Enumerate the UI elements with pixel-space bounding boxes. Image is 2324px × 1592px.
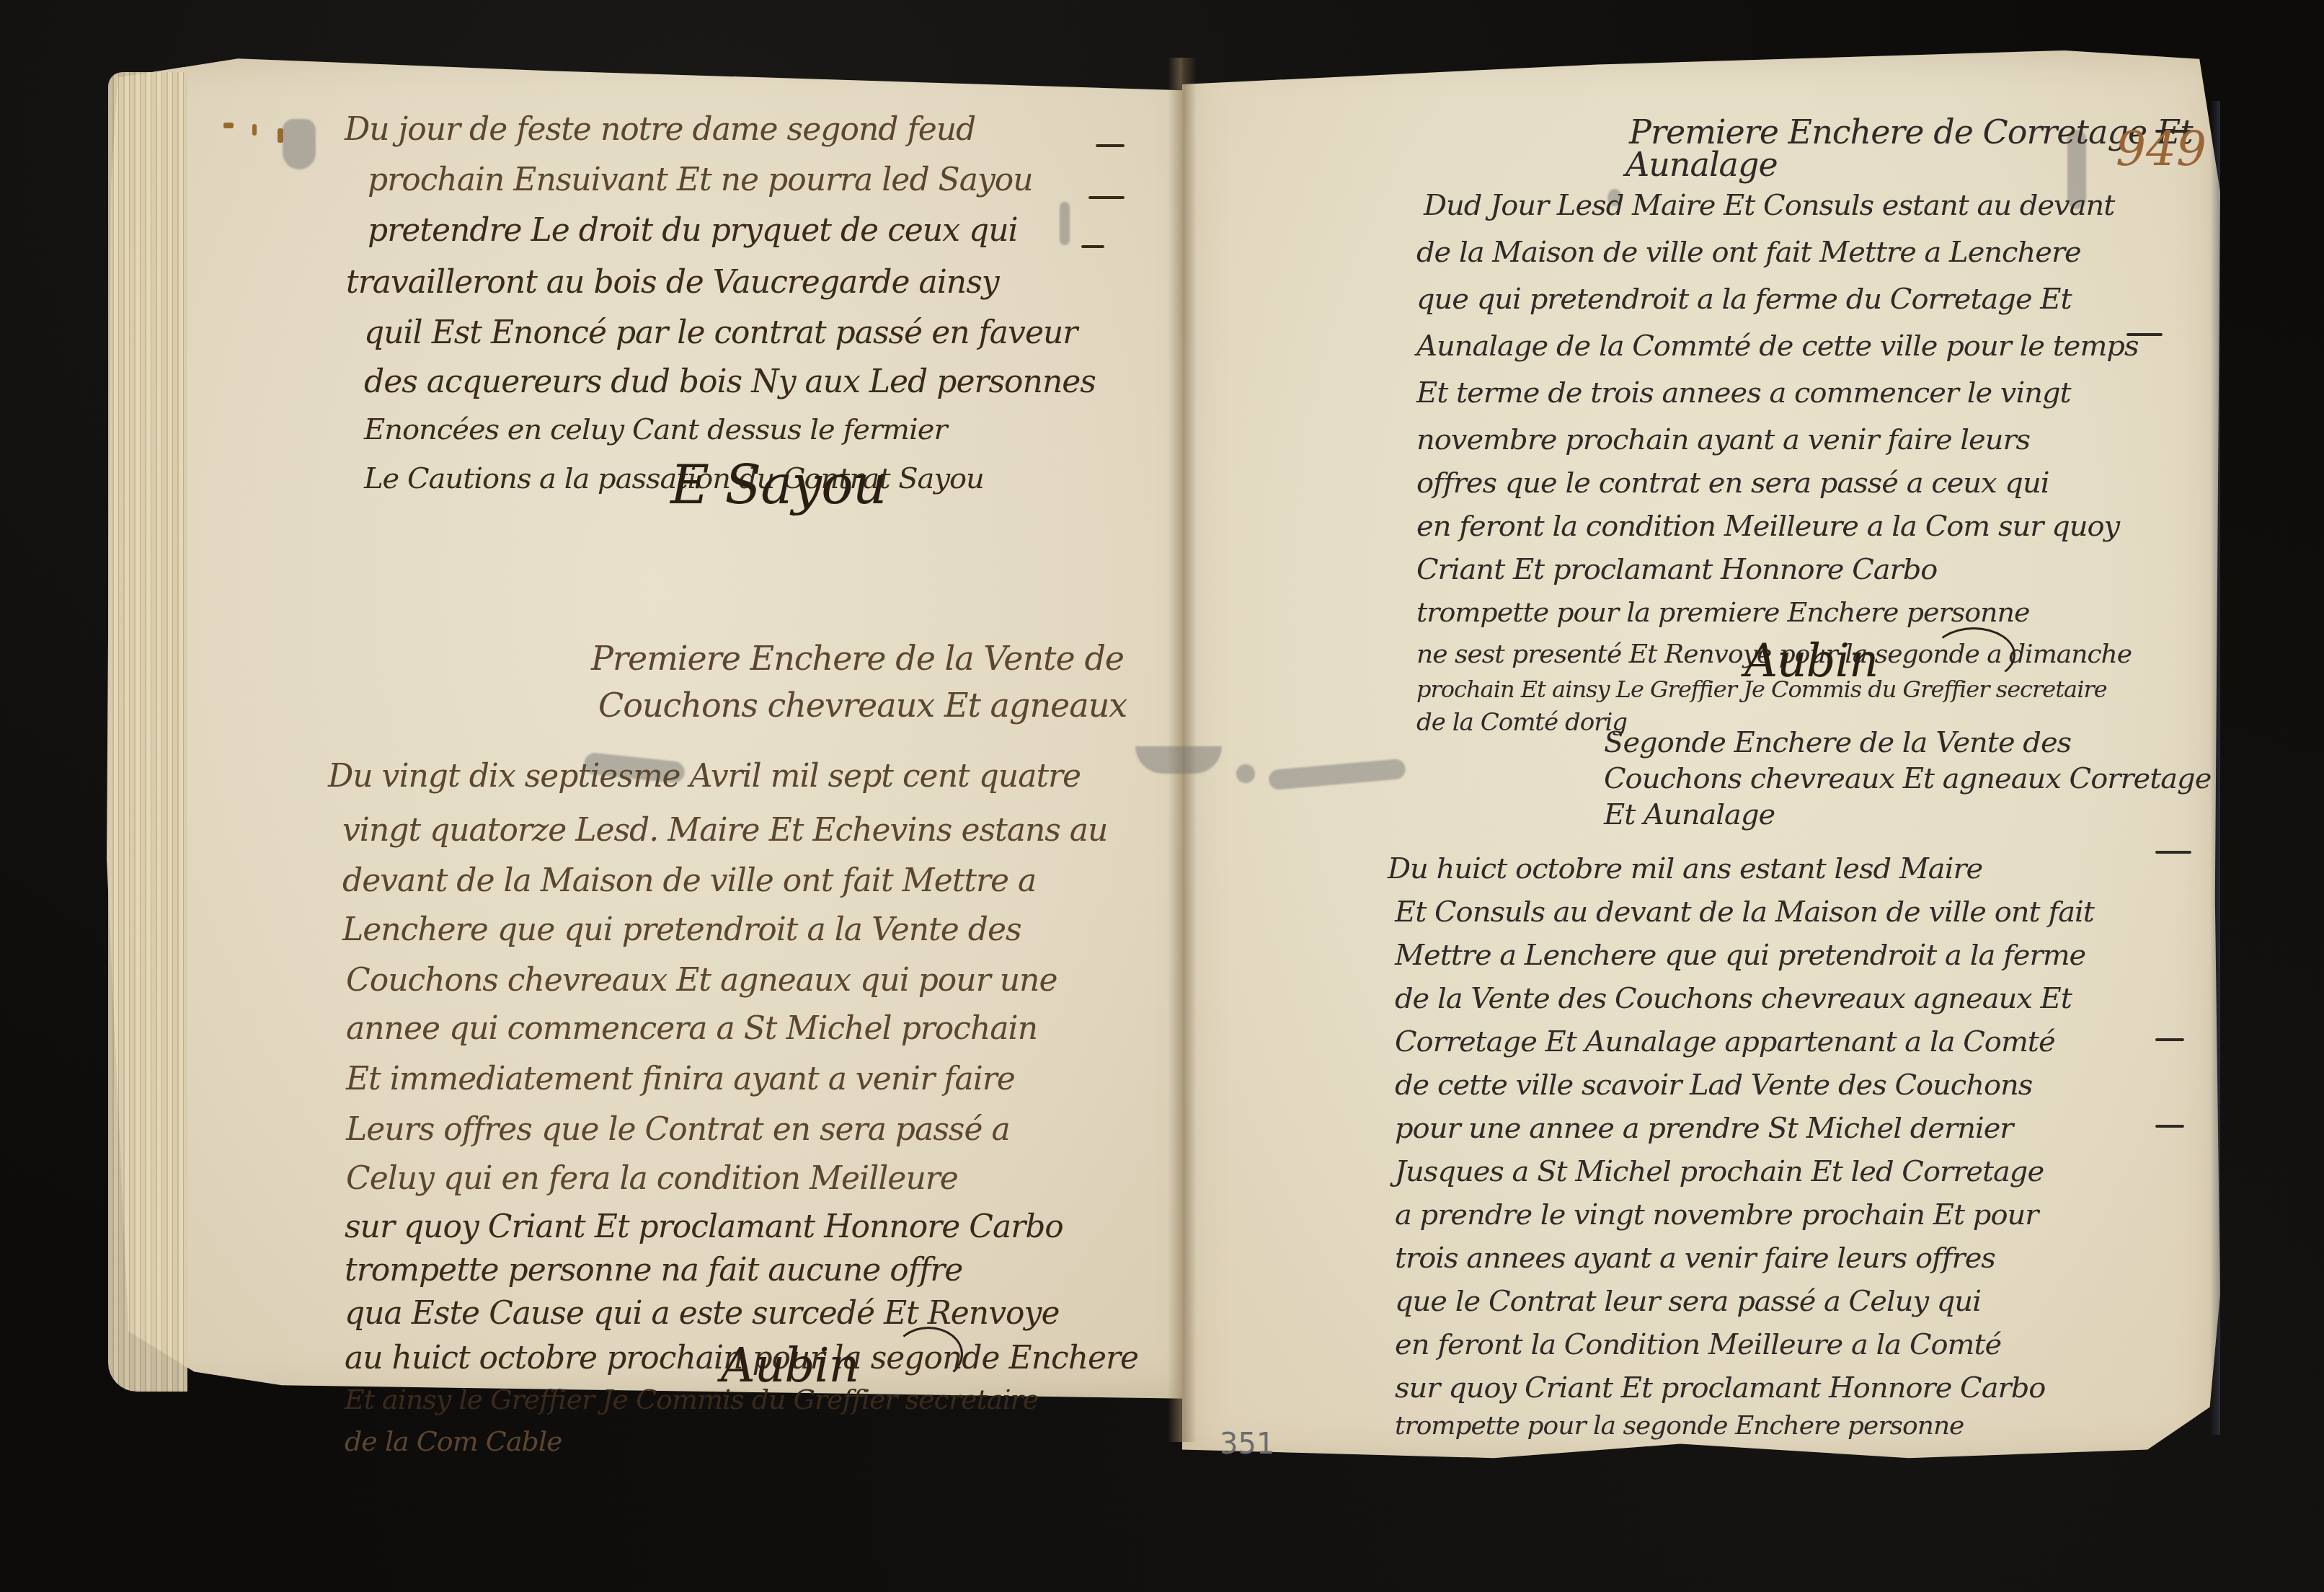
heading-line: Premiere Enchere de Corretage Et: [1629, 115, 2193, 149]
text-line: de cette ville scavoir Lad Vente des Cou…: [1395, 1071, 2032, 1100]
text-line: de la Comté dorig: [1416, 710, 1627, 735]
heading-line: Couchons chevreaux Et agneaux: [598, 689, 1127, 722]
text-line: pour une annee a prendre St Michel derni…: [1395, 1114, 2013, 1143]
line-filler-dash: [1081, 245, 1104, 248]
line-filler-dash: [1096, 144, 1125, 147]
text-line: a prendre le vingt novembre prochain Et …: [1395, 1200, 2038, 1229]
line-filler-dash: [2155, 851, 2191, 854]
text-line: Et immediatement finira ayant a venir fa…: [346, 1063, 1015, 1095]
text-line: Celuy qui en fera la condition Meilleure: [346, 1163, 958, 1195]
folio-number: 949: [2116, 121, 2207, 177]
text-line: travailleront au bois de Vaucregarde ain…: [346, 267, 999, 298]
water-stain: [1135, 746, 1222, 774]
line-filler-dash: [2126, 333, 2163, 336]
text-line: Dud Jour Lesd Maire Et Consuls estant au…: [1424, 191, 2114, 220]
page-edge-stack: [108, 72, 187, 1392]
right-page-edge: [2210, 101, 2220, 1435]
text-line: Corretage Et Aunalage appartenant a la C…: [1395, 1027, 2055, 1056]
text-line: qua Este Cause qui a este surcedé Et Ren…: [345, 1298, 1059, 1330]
line-filler-dash: [2155, 1038, 2184, 1041]
text-line: de la Vente des Couchons chevreaux agnea…: [1395, 984, 2072, 1013]
text-line: Lenchere que qui pretendroit a la Vente …: [342, 914, 1021, 946]
text-line: annee qui commencera a St Michel prochai…: [346, 1013, 1037, 1045]
text-line: de la Com Cable: [345, 1428, 562, 1455]
text-line: prochain Ensuivant Et ne pourra led Sayo…: [368, 164, 1033, 196]
text-line: Jusques a St Michel prochain Et led Corr…: [1395, 1157, 2044, 1186]
text-line: que qui pretendroit a la ferme du Corret…: [1416, 285, 2072, 314]
text-line: Aunalage de la Commté de cette ville pou…: [1416, 332, 2138, 361]
text-line: sur quoy Criant Et proclamant Honnore Ca…: [1395, 1374, 2045, 1402]
text-line: Du vingt dix septiesme Avril mil sept ce…: [328, 761, 1081, 792]
signature-aubin-right: Aubin: [1744, 634, 1878, 688]
text-line: en feront la Condition Meilleure a la Co…: [1395, 1330, 2001, 1359]
heading-line: Couchons chevreaux Et agneaux Corretage: [1604, 764, 2211, 793]
text-line: devant de la Maison de ville ont fait Me…: [342, 865, 1036, 897]
text-line: trompette personne na fait aucune offre: [345, 1255, 962, 1286]
heading-line: Segonde Enchere de la Vente des: [1604, 728, 2071, 757]
text-line: que le Contrat leur sera passé a Celuy q…: [1395, 1287, 1981, 1316]
text-line: Leurs offres que le Contrat en sera pass…: [346, 1114, 1010, 1146]
water-stain: [1236, 764, 1255, 783]
text-line: Et terme de trois annees a commencer le …: [1416, 379, 2071, 407]
heading-line: Et Aunalage: [1604, 800, 1775, 829]
water-stain: [283, 119, 316, 169]
signature-flourish: [1932, 627, 2015, 682]
text-line: Du jour de feste notre dame segond feud: [345, 114, 975, 146]
water-stain: [1060, 202, 1070, 245]
heading-line: Premiere Enchere de la Vente de: [591, 642, 1124, 675]
signature-sayou: E Sayou: [670, 454, 886, 516]
text-line: sur quoy Criant Et proclamant Honnore Ca…: [345, 1211, 1063, 1243]
text-line: trois annees ayant a venir faire leurs o…: [1395, 1244, 1995, 1273]
text-line: Criant Et proclamant Honnore Carbo: [1416, 555, 1937, 584]
signature-aubin-left: Aubin: [721, 1337, 859, 1393]
text-line: trompette pour la segonde Enchere person…: [1395, 1413, 1964, 1439]
text-line: en feront la condition Meilleure a la Co…: [1416, 512, 2119, 541]
text-line: quil Est Enoncé par le contrat passé en …: [364, 317, 1077, 349]
signature-flourish: [894, 1327, 963, 1381]
text-line: des acquereurs dud bois Ny aux Led perso…: [364, 366, 1096, 398]
text-line: Enoncées en celuy Cant dessus le fermier: [364, 415, 947, 444]
text-line: Couchons chevreaux Et agneaux qui pour u…: [346, 965, 1057, 996]
text-line: offres que le contrat en sera passé a ce…: [1416, 469, 2049, 497]
rust-spot: [223, 123, 234, 128]
pencil-page-number: 351: [1220, 1428, 1274, 1461]
text-line: pretendre Le droit du pryquet de ceux qu…: [368, 215, 1018, 247]
text-line: trompette pour la premiere Enchere perso…: [1416, 598, 2029, 626]
text-line: Et Consuls au devant de la Maison de vil…: [1395, 898, 2094, 927]
line-filler-dash: [1088, 196, 1125, 199]
line-filler-dash: [2155, 1125, 2184, 1128]
text-line: novembre prochain ayant a venir faire le…: [1416, 425, 2030, 454]
text-line: Et ainsy le Greffier Je Commis du Greffi…: [345, 1386, 1038, 1413]
text-line: Du huict octobre mil ans estant lesd Mai…: [1388, 854, 1982, 883]
rust-spot: [252, 124, 257, 136]
text-line: de la Maison de ville ont fait Mettre a …: [1416, 238, 2081, 267]
text-line: Mettre a Lenchere que qui pretendroit a …: [1395, 941, 2085, 970]
text-line: vingt quatorze Lesd. Maire Et Echevins e…: [342, 815, 1107, 846]
heading-line: Aunalage: [1626, 148, 1778, 181]
